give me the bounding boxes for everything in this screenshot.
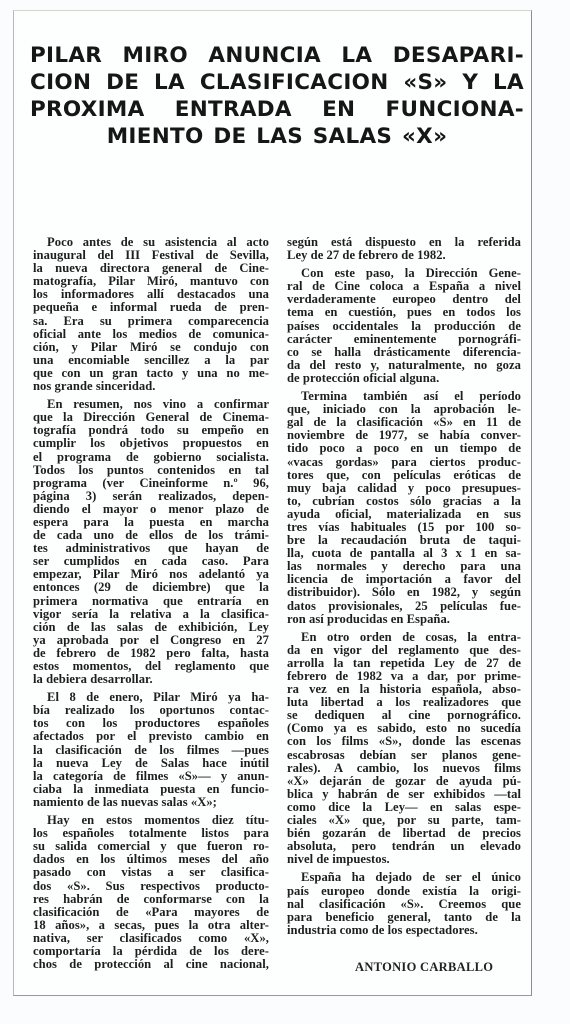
left-column: Poco antes de su asistencia al actoinaug… (33, 236, 269, 976)
text-line: países occidentales la producción de (287, 320, 521, 333)
text-line: programa (ver Cineinforme n.º 96, (33, 477, 269, 490)
text-line: chos de protección al cine nacional, (33, 958, 269, 971)
headline-line: MIENTO DE LAS SALAS «X» (30, 123, 524, 150)
text-line: nos grande sinceridad. (33, 380, 269, 393)
text-line: pequeña e informal rueda de pren- (33, 301, 269, 314)
text-line: sa. Era su primera comparecencia (33, 315, 269, 328)
text-line: vigor sería la relativa a la clasifica- (33, 608, 269, 621)
text-line: da del resto y, naturalmente, no goza (287, 359, 521, 372)
text-line: da en vigor del reglamento que des- (287, 644, 521, 657)
text-line: ayuda oficial, materializada en sus (287, 508, 521, 521)
text-line: carácter eminentemente pornográfi- (287, 333, 521, 346)
text-line: co se halla drásticamente diferencia- (287, 346, 521, 359)
text-line: distribuidor). Sólo en 1982, y según (287, 586, 521, 599)
text-line: tido poco a poco en un tiempo de (287, 442, 521, 455)
text-line: ciaba la inmediata puesta en funcio- (33, 783, 269, 796)
headline-line: PILAR MIRO ANUNCIA LA DESAPARI- (30, 42, 524, 69)
text-line: de protección oficial alguna. (287, 372, 521, 385)
text-line: res habrán de conformarse con la (33, 893, 269, 906)
headline-line: PROXIMA ENTRADA EN FUNCIONA- (30, 96, 524, 123)
text-line: ción, y Pilar Miró se condujo con (33, 341, 269, 354)
text-line: tores que, con películas eróticas de (287, 469, 521, 482)
article-paragraph: Termina también así el períodoque, inici… (287, 390, 521, 626)
text-line: escabrosas debían ser planos gene- (287, 749, 521, 762)
text-line: namiento de las nuevas salas «X»; (33, 796, 269, 809)
text-line: diendo el mayor o menor plazo de (33, 503, 269, 516)
article-paragraph: Hay en estos momentos diez títu-los espa… (33, 814, 269, 971)
headline: PILAR MIRO ANUNCIA LA DESAPARI- CION DE … (30, 42, 524, 150)
text-line: la nueva Ley de Salas hace inútil (33, 757, 269, 770)
text-line: En otro orden de cosas, la entra- (287, 631, 521, 644)
right-column: según está dispuesto en la referidaLey d… (287, 236, 521, 942)
text-line: con los films «S», donde las escenas (287, 735, 521, 748)
text-line: Todos los puntos contenidos en tal (33, 464, 269, 477)
text-line: clasificación de «Para mayores de (33, 906, 269, 919)
text-line: «X» dejarán de gozar de ayuda pú- (287, 775, 521, 788)
text-line: pasado con vistas a ser clasifica- (33, 866, 269, 879)
text-line: nal clasificación «S». Creemos que (287, 898, 521, 911)
text-line: entonces (29 de diciembre) que la (33, 581, 269, 594)
text-line: una encomiable sencillez a la par (33, 354, 269, 367)
text-line: afectados por el previsto cambio en (33, 730, 269, 743)
text-line: página 3) serán realizados, depen- (33, 490, 269, 503)
text-line: dos «S». Sus respectivos producto- (33, 880, 269, 893)
text-line: tema en cuestión, pues en todos los (287, 306, 521, 319)
text-line: «vacas gordas» para ciertos produc- (287, 456, 521, 469)
article-paragraph: Con este paso, la Dirección Gene-ral de … (287, 267, 521, 385)
text-line: cumplir los objetivos propuestos en (33, 437, 269, 450)
text-line: muy baja calidad y poco presupues- (287, 482, 521, 495)
article-paragraph: según está dispuesto en la referidaLey d… (287, 236, 521, 262)
article-paragraph: En otro orden de cosas, la entra-da en v… (287, 631, 521, 867)
text-line: ción de las salas de exhibición, Ley (33, 621, 269, 634)
text-line: ya aprobada por el Congreso en 27 (33, 634, 269, 647)
text-line: España ha dejado de ser el único (287, 871, 521, 884)
text-line: para beneficio general, tanto de la (287, 911, 521, 924)
text-line: datos provisionales, 25 películas fue- (287, 600, 521, 613)
article-paragraph: En resumen, nos vino a confirmarque la D… (33, 398, 269, 686)
text-line: oficial ante los medios de comunica- (33, 328, 269, 341)
text-line: nivel de impuestos. (287, 853, 521, 866)
author-byline: ANTONIO CARBALLO (355, 960, 525, 975)
article-paragraph: El 8 de enero, Pilar Miró ya ha-bía real… (33, 691, 269, 809)
text-line: la categoría de filmes «S»— y anun- (33, 770, 269, 783)
text-line: primera normativa que entraría en (33, 595, 269, 608)
text-line: la debiera desarrollar. (33, 673, 269, 686)
text-line: el programa de gobierno socialista. (33, 451, 269, 464)
text-line: la clasificación de los filmes —pues (33, 744, 269, 757)
text-line: rales). A cambio, los nuevos films (287, 762, 521, 775)
article-paragraph: Poco antes de su asistencia al actoinaug… (33, 236, 269, 393)
text-line: nativa, ser clasificados como «X», (33, 932, 269, 945)
headline-line: CION DE LA CLASIFICACION «S» Y LA (30, 69, 524, 96)
text-line: Ley de 27 de febrero de 1982. (287, 249, 521, 262)
text-line: 18 años», a secas, pues la otra alter- (33, 919, 269, 932)
article-paragraph: España ha dejado de ser el únicopaís eur… (287, 871, 521, 936)
text-line: to, cubrían costos sólo gracias a la (287, 495, 521, 508)
text-line: blica y habrán de ser exhibidos —tal (287, 788, 521, 801)
text-line: industria como de los espectadores. (287, 924, 521, 937)
text-line: ron así producidas en España. (287, 613, 521, 626)
text-line: país europeo donde existía la origi- (287, 885, 521, 898)
